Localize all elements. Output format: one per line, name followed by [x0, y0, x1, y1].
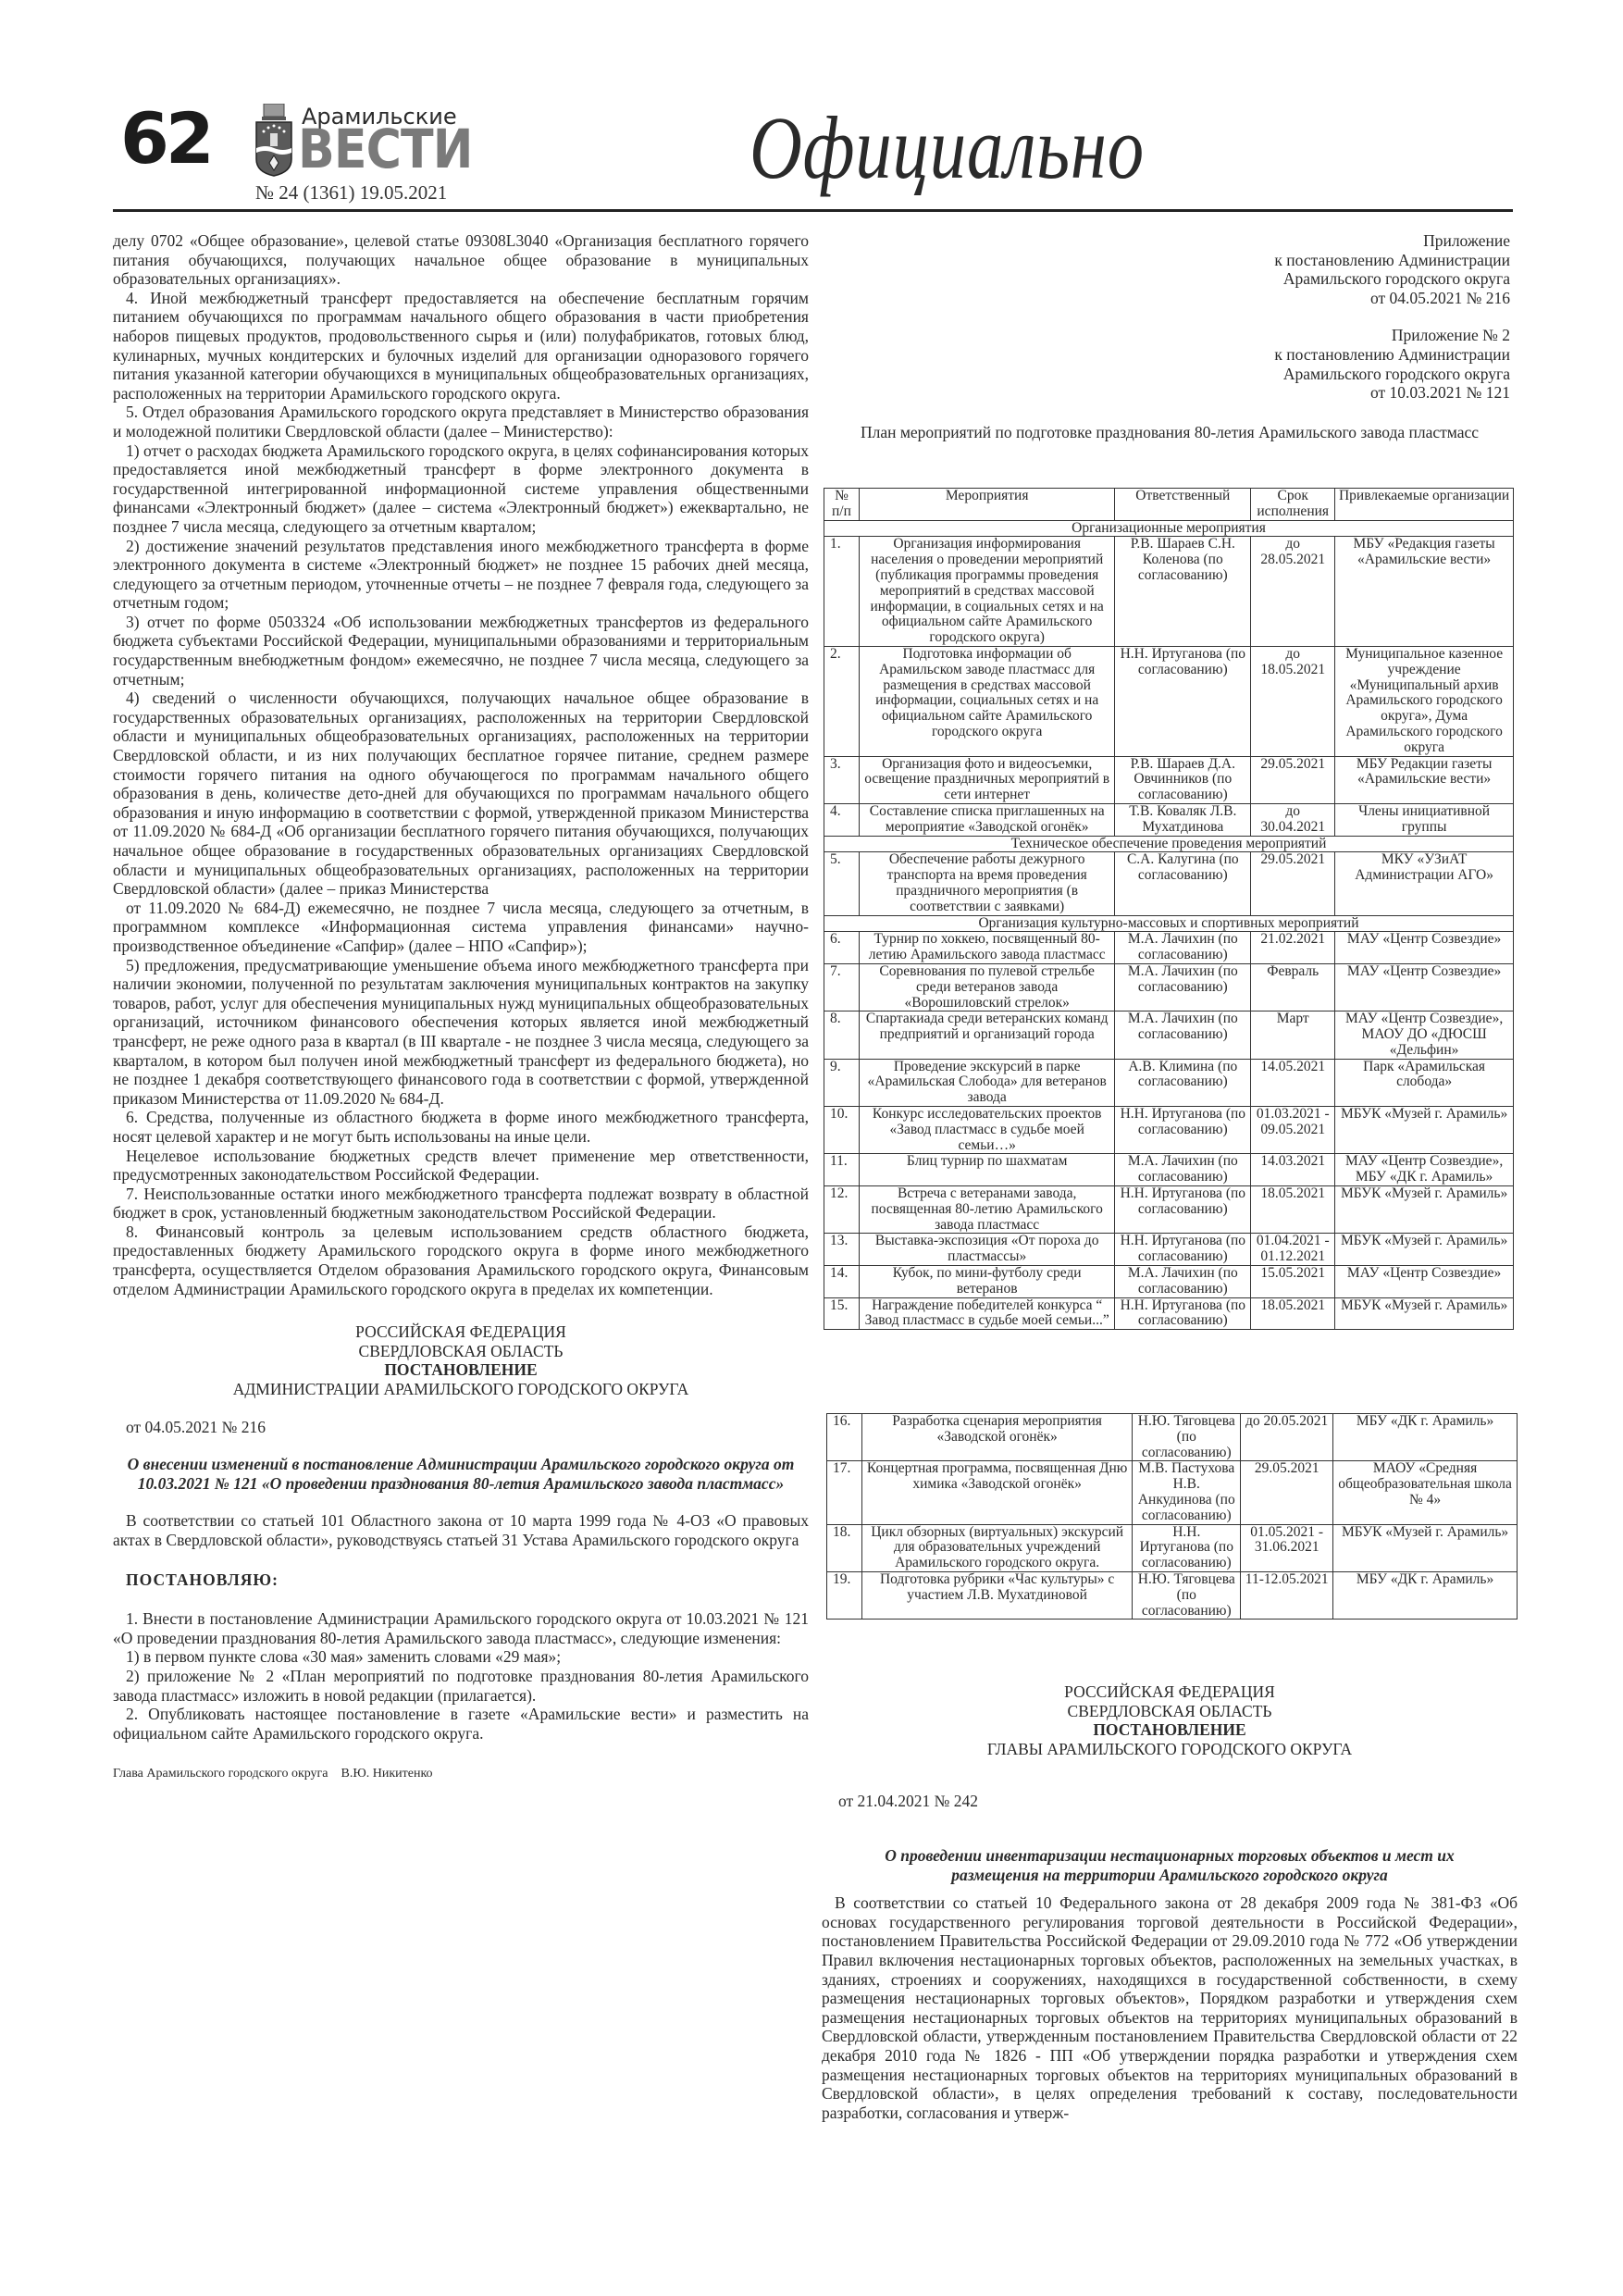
table-header-row: № п/п Мероприятия Ответственный Срок исп… [824, 489, 1514, 521]
table-row: 2.Подготовка информации об Арамильском з… [824, 646, 1514, 756]
cell-organizations: МАУ «Центр Созвездие», МБУ «ДК г. Арамил… [1335, 1154, 1514, 1186]
section-title: Техническое обеспечение проведения мероп… [824, 836, 1514, 852]
table-row: 13.Выставка-экспозиция «От пороха до пла… [824, 1234, 1514, 1266]
table-row: 14.Кубок, по мини-футболу среди ветерано… [824, 1266, 1514, 1298]
cell-number: 12. [824, 1186, 860, 1234]
cell-deadline: 01.05.2021 - 31.06.2021 [1241, 1524, 1333, 1571]
cell-organizations: МАУ «Центр Созвездие» [1335, 932, 1514, 964]
plan-table: № п/п Мероприятия Ответственный Срок исп… [824, 488, 1514, 1330]
cell-event: Организация информирования населения о п… [859, 537, 1114, 647]
table-section-row: Организационные мероприятия [824, 520, 1514, 537]
cell-organizations: МАУ «Центр Созвездие», МАОУ ДО «ДЮСШ «Де… [1335, 1011, 1514, 1059]
decree-body-paragraph: В соответствии со статьей 10 Федеральног… [822, 1893, 1518, 2122]
cell-organizations: МАУ «Центр Созвездие» [1335, 1266, 1514, 1298]
cell-event: Обеспечение работы дежурного транспорта … [859, 852, 1114, 915]
body-paragraph: 4. Иной межбюджетный трансферт предостав… [113, 289, 809, 403]
body-paragraph: делу 0702 «Общее образование», целевой с… [113, 231, 809, 289]
newspaper-name-main: ВЕСТИ [298, 122, 473, 176]
cell-deadline: 11-12.05.2021 [1241, 1571, 1333, 1619]
body-paragraph: 6. Средства, полученные из областного бю… [113, 1108, 809, 1146]
cell-event: Выставка-экспозиция «От пороха до пластм… [859, 1234, 1114, 1266]
cell-responsible: Р.В. Шараев Д.А. Овчинников (по согласов… [1115, 756, 1251, 803]
cell-responsible: Н.Ю. Тяговцева (по согласованию) [1133, 1414, 1241, 1461]
table-row: 12.Встреча с ветеранами завода, посвящен… [824, 1186, 1514, 1234]
table-row: 4.Составление списка приглашенных на мер… [824, 803, 1514, 836]
body-paragraph: 4) сведений о численности обучающихся, п… [113, 689, 809, 899]
table-row: 8.Спартакиада среди ветеранских команд п… [824, 1011, 1514, 1059]
appendix-note-1: Приложение к постановлению Администрации… [822, 231, 1518, 307]
cell-organizations: МБУК «Музей г. Арамиль» [1333, 1524, 1518, 1571]
cell-event: Организация фото и видеосъемки, освещени… [859, 756, 1114, 803]
cell-responsible: Н.Н. Иртуганова (по согласованию) [1115, 646, 1251, 756]
cell-deadline: 01.04.2021 - 01.12.2021 [1251, 1234, 1335, 1266]
section-title: Организационные мероприятия [824, 520, 1514, 537]
cell-number: 19. [827, 1571, 862, 1619]
city-coat-of-arms-icon [254, 104, 293, 178]
section-title: Официально [750, 102, 1145, 194]
decree-header-country: РОССИЙСКАЯ ФЕДЕРАЦИЯ [113, 1322, 809, 1342]
table-row: 5.Обеспечение работы дежурного транспорт… [824, 852, 1514, 915]
cell-responsible: Т.В. Коваляк Л.В. Мухатдинова [1115, 803, 1251, 836]
cell-organizations: МАУ «Центр Созвездие» [1335, 963, 1514, 1011]
cell-deadline: до 18.05.2021 [1251, 646, 1335, 756]
decree-item: 1) в первом пункте слова «30 мая» замени… [113, 1647, 809, 1667]
cell-event: Подготовка информации об Арамильском зав… [859, 646, 1114, 756]
cell-deadline: 18.05.2021 [1251, 1297, 1335, 1330]
col-header-organizations: Привлекаемые организации [1335, 489, 1514, 521]
cell-organizations: МБУК «Музей г. Арамиль» [1335, 1107, 1514, 1154]
cell-number: 1. [824, 537, 860, 647]
table-row: 1.Организация информирования населения о… [824, 537, 1514, 647]
right-decree: РОССИЙСКАЯ ФЕДЕРАЦИЯ СВЕРДЛОВСКАЯ ОБЛАСТ… [822, 1682, 1518, 2122]
body-paragraph: 5. Отдел образования Арамильского городс… [113, 403, 809, 441]
cell-organizations: МАОУ «Средняя общеобразовательная школа … [1333, 1461, 1518, 1524]
table-row: 7.Соревнования по пулевой стрельбе среди… [824, 963, 1514, 1011]
cell-deadline: 01.03.2021 - 09.05.2021 [1251, 1107, 1335, 1154]
decree-item: 2. Опубликовать настоящее постановление … [113, 1705, 809, 1743]
table-row: 6.Турнир по хоккею, посвященный 80-летию… [824, 932, 1514, 964]
col-header-event: Мероприятия [859, 489, 1114, 521]
table-row: 15.Награждение победителей конкурса “ За… [824, 1297, 1514, 1330]
cell-number: 5. [824, 852, 860, 915]
cell-deadline: 29.05.2021 [1251, 756, 1335, 803]
table-section-row: Организация культурно-массовых и спортив… [824, 915, 1514, 932]
cell-event: Турнир по хоккею, посвященный 80-летию А… [859, 932, 1114, 964]
appendix-line: от 10.03.2021 № 121 [822, 383, 1510, 403]
cell-deadline: Февраль [1251, 963, 1335, 1011]
cell-number: 6. [824, 932, 860, 964]
cell-organizations: МБУ «ДК г. Арамиль» [1333, 1571, 1518, 1619]
cell-event: Спартакиада среди ветеранских команд пре… [859, 1011, 1114, 1059]
cell-responsible: М.А. Лачихин (по согласованию) [1115, 1154, 1251, 1186]
cell-organizations: МБУ Редакции газеты «Арамильские вести» [1335, 756, 1514, 803]
body-paragraph: 3) отчет по форме 0503324 «Об использова… [113, 613, 809, 689]
cell-number: 9. [824, 1059, 860, 1106]
cell-event: Кубок, по мини-футболу среди ветеранов [859, 1266, 1114, 1298]
cell-organizations: МБУ «Редакция газеты «Арамильские вести» [1335, 537, 1514, 647]
decree-preamble: В соответствии со статьей 101 Областного… [113, 1511, 809, 1549]
table-row: 10.Конкурс исследовательских проектов «З… [824, 1107, 1514, 1154]
col-header-number: № п/п [824, 489, 860, 521]
cell-organizations: МБУК «Музей г. Арамиль» [1335, 1297, 1514, 1330]
appendix-line: Приложение [822, 231, 1510, 251]
cell-responsible: Н.Н. Иртуганова (по согласованию) [1115, 1234, 1251, 1266]
right-column: Приложение к постановлению Администрации… [822, 231, 1518, 441]
cell-event: Блиц турнир по шахматам [859, 1154, 1114, 1186]
cell-organizations: МБУК «Музей г. Арамиль» [1335, 1186, 1514, 1234]
decree-header-type: ПОСТАНОВЛЕНИЕ [822, 1720, 1518, 1740]
cell-event: Соревнования по пулевой стрельбе среди в… [859, 963, 1114, 1011]
header-divider [113, 209, 1513, 212]
cell-responsible: Н.Ю. Тяговцева (по согласованию) [1133, 1571, 1241, 1619]
cell-responsible: М.В. Пастухова Н.В. Анкудинова (по согла… [1133, 1461, 1241, 1524]
cell-event: Проведение экскурсий в парке «Арамильска… [859, 1059, 1114, 1106]
cell-deadline: 21.02.2021 [1251, 932, 1335, 964]
cell-number: 14. [824, 1266, 860, 1298]
decree-header-org: ГЛАВЫ АРАМИЛЬСКОГО ГОРОДСКОГО ОКРУГА [822, 1740, 1518, 1759]
cell-deadline: 15.05.2021 [1251, 1266, 1335, 1298]
cell-organizations: МБУК «Музей г. Арамиль» [1335, 1234, 1514, 1266]
table-row: 17.Концертная программа, посвященная Дню… [827, 1461, 1518, 1524]
cell-organizations: Парк «Арамильская слобода» [1335, 1059, 1514, 1106]
body-paragraph: 1) отчет о расходах бюджета Арамильского… [113, 441, 809, 537]
cell-number: 2. [824, 646, 860, 756]
decree-header-country: РОССИЙСКАЯ ФЕДЕРАЦИЯ [822, 1682, 1518, 1702]
decree-resolve: ПОСТАНОВЛЯЮ: [113, 1570, 809, 1590]
cell-organizations: Муниципальное казенное учреждение «Муниц… [1335, 646, 1514, 756]
decree-signature: Глава Арамильского городского округа В.Ю… [113, 1765, 809, 1784]
decree-title: О проведении инвентаризации нестационарн… [822, 1846, 1518, 1884]
cell-responsible: М.А. Лачихин (по согласованию) [1115, 963, 1251, 1011]
cell-event: Встреча с ветеранами завода, посвященная… [859, 1186, 1114, 1234]
cell-responsible: М.А. Лачихин (по согласованию) [1115, 1266, 1251, 1298]
cell-deadline: 29.05.2021 [1241, 1461, 1333, 1524]
cell-deadline: Март [1251, 1011, 1335, 1059]
body-paragraph: от 11.09.2020 № 684-Д) ежемесячно, не по… [113, 899, 809, 956]
cell-number: 8. [824, 1011, 860, 1059]
cell-number: 11. [824, 1154, 860, 1186]
decree-date-number: от 04.05.2021 № 216 [113, 1418, 809, 1437]
plan-title: План мероприятий по подготовке празднова… [822, 423, 1518, 442]
body-paragraph: 7. Неиспользованные остатки иного межбюд… [113, 1185, 809, 1222]
table-row: 19.Подготовка рубрики «Час культуры» с у… [827, 1571, 1518, 1619]
appendix-line: к постановлению Администрации [822, 251, 1510, 270]
cell-number: 7. [824, 963, 860, 1011]
cell-event: Подготовка рубрики «Час культуры» с учас… [861, 1571, 1132, 1619]
cell-event: Цикл обзорных (виртуальных) экскурсий дл… [861, 1524, 1132, 1571]
table-row: 11.Блиц турнир по шахматамМ.А. Лачихин (… [824, 1154, 1514, 1186]
appendix-line: Приложение № 2 [822, 326, 1510, 345]
cell-event: Конкурс исследовательских проектов «Заво… [859, 1107, 1114, 1154]
cell-deadline: 14.03.2021 [1251, 1154, 1335, 1186]
col-header-responsible: Ответственный [1115, 489, 1251, 521]
cell-responsible: Н.Н. Иртуганова (по согласованию) [1115, 1297, 1251, 1330]
col-header-deadline: Срок исполнения [1251, 489, 1335, 521]
body-paragraph: 2) достижение значений результатов предс… [113, 537, 809, 613]
cell-number: 4. [824, 803, 860, 836]
decree-item: 1. Внести в постановление Администрации … [113, 1609, 809, 1647]
cell-number: 15. [824, 1297, 860, 1330]
table-section-row: Техническое обеспечение проведения мероп… [824, 836, 1514, 852]
appendix-note-2: Приложение № 2 к постановлению Администр… [822, 326, 1518, 402]
cell-responsible: Н.Н. Иртуганова (по согласованию) [1133, 1524, 1241, 1571]
cell-number: 13. [824, 1234, 860, 1266]
cell-responsible: Р.В. Шараев С.Н. Коленова (по согласован… [1115, 537, 1251, 647]
decree-header-org: АДМИНИСТРАЦИИ АРАМИЛЬСКОГО ГОРОДСКОГО ОК… [113, 1380, 809, 1399]
issue-number: № 24 (1361) 19.05.2021 [255, 181, 447, 205]
decree-header-region: СВЕРДЛОВСКАЯ ОБЛАСТЬ [113, 1342, 809, 1361]
decree-header-type: ПОСТАНОВЛЕНИЕ [113, 1360, 809, 1380]
cell-responsible: Н.Н. Иртуганова (по согласованию) [1115, 1186, 1251, 1234]
table-row: 9.Проведение экскурсий в парке «Арамильс… [824, 1059, 1514, 1106]
body-paragraph: Нецелевое использование бюджетных средст… [113, 1147, 809, 1185]
appendix-line: от 04.05.2021 № 216 [822, 289, 1510, 308]
cell-number: 17. [827, 1461, 862, 1524]
cell-number: 18. [827, 1524, 862, 1571]
cell-deadline: до 28.05.2021 [1251, 537, 1335, 647]
cell-event: Разработка сценария мероприятия «Заводск… [861, 1414, 1132, 1461]
decree-date-number: от 21.04.2021 № 242 [822, 1792, 1518, 1811]
cell-number: 16. [827, 1414, 862, 1461]
cell-responsible: С.А. Калугина (по согласованию) [1115, 852, 1251, 915]
cell-responsible: М.А. Лачихин (по согласованию) [1115, 932, 1251, 964]
section-title: Организация культурно-массовых и спортив… [824, 915, 1514, 932]
cell-number: 3. [824, 756, 860, 803]
appendix-line: Арамильского городского округа [822, 365, 1510, 384]
table-row: 16.Разработка сценария мероприятия «Заво… [827, 1414, 1518, 1461]
decree-body: В соответствии со статьей 10 Федеральног… [822, 1893, 1518, 2122]
body-paragraph: 5) предложения, предусматривающие уменьш… [113, 956, 809, 1109]
cell-organizations: МКУ «УЗиАТ Администрации АГО» [1335, 852, 1514, 915]
cell-deadline: 14.05.2021 [1251, 1059, 1335, 1106]
cell-number: 10. [824, 1107, 860, 1154]
cell-event: Награждение победителей конкурса “ Завод… [859, 1297, 1114, 1330]
table-row: 18.Цикл обзорных (виртуальных) экскурсий… [827, 1524, 1518, 1571]
plan-table-continued: 16.Разработка сценария мероприятия «Заво… [826, 1413, 1518, 1620]
decree-header-region: СВЕРДЛОВСКАЯ ОБЛАСТЬ [822, 1702, 1518, 1721]
cell-deadline: 18.05.2021 [1251, 1186, 1335, 1234]
cell-organizations: Члены инициативной группы [1335, 803, 1514, 836]
appendix-line: к постановлению Администрации [822, 345, 1510, 365]
appendix-line: Арамильского городского округа [822, 269, 1510, 289]
cell-deadline: до 30.04.2021 [1251, 803, 1335, 836]
cell-responsible: М.А. Лачихин (по согласованию) [1115, 1011, 1251, 1059]
cell-deadline: до 20.05.2021 [1241, 1414, 1333, 1461]
left-column: делу 0702 «Общее образование», целевой с… [113, 231, 809, 1784]
cell-responsible: Н.Н. Иртуганова (по согласованию) [1115, 1107, 1251, 1154]
cell-event: Составление списка приглашенных на мероп… [859, 803, 1114, 836]
table-row: 3.Организация фото и видеосъемки, освеще… [824, 756, 1514, 803]
cell-responsible: А.В. Климина (по согласованию) [1115, 1059, 1251, 1106]
body-paragraph: 8. Финансовый контроль за целевым исполь… [113, 1222, 809, 1298]
cell-deadline: 29.05.2021 [1251, 852, 1335, 915]
cell-organizations: МБУ «ДК г. Арамиль» [1333, 1414, 1518, 1461]
cell-event: Концертная программа, посвященная Дню хи… [861, 1461, 1132, 1524]
decree-title: О внесении изменений в постановление Адм… [113, 1455, 809, 1493]
decree-item: 2) приложение № 2 «План мероприятий по п… [113, 1667, 809, 1705]
page-number: 62 [120, 104, 211, 174]
